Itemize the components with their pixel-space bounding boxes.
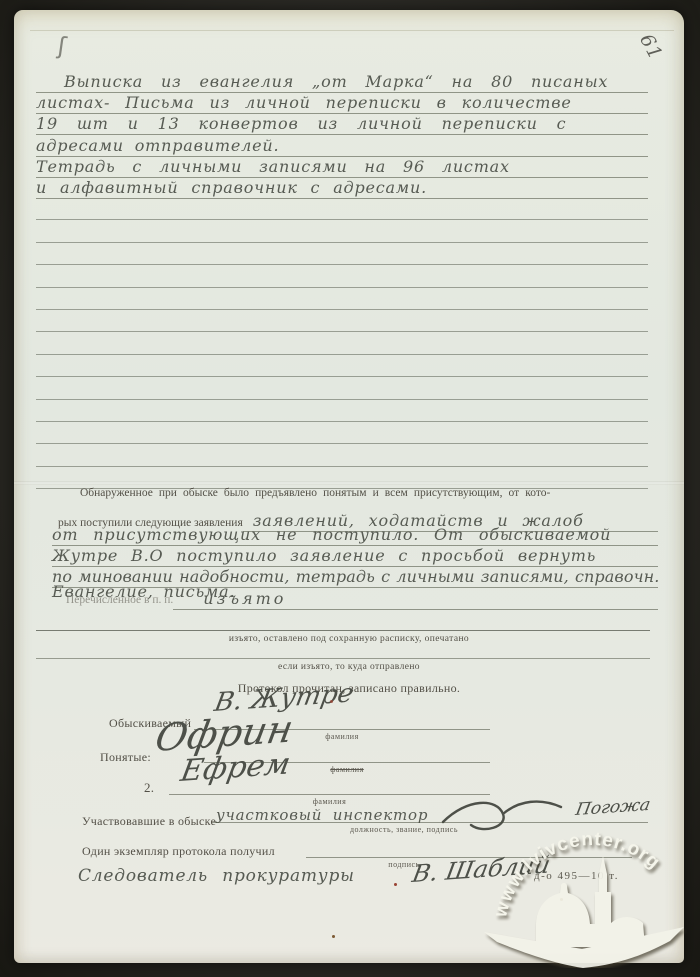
search-protocol-page: ʃ 61 Выписка из евангелия „от Марка“ на …: [14, 10, 684, 963]
ruled-line: [36, 467, 648, 489]
handwriting-text: и алфавитный справочник с адресами.: [36, 178, 427, 197]
ruled-line: [36, 422, 648, 444]
statement-printed-line1: Обнаруженное при обыске было предъявлено…: [58, 487, 658, 499]
handwriting-text: адресами отправителей.: [36, 136, 279, 155]
copy-received-label: Один экземпляр протокола получил: [82, 844, 275, 859]
page-number-pencil-mark: 61: [635, 30, 667, 63]
blank-ruled-lines: [36, 198, 648, 478]
paper-crease-top: [30, 30, 674, 31]
ruled-line: [36, 310, 648, 332]
watermark-dome-tower-icon: [536, 856, 645, 947]
handwriting-text: Выписка из евангелия „от Марка“ на 80 пи…: [64, 72, 608, 91]
handwriting-text: 19 шт и 13 конвертов из личной переписки…: [36, 114, 566, 133]
handwriting-text: листах- Письма из личной переписки в кол…: [36, 93, 572, 112]
statement-row: Евангелие, письма. Перечисленное в п. п.…: [52, 587, 658, 610]
handwriting-text: от присутствующих не поступило. От обыск…: [52, 525, 611, 544]
handwriting-row: адресами отправителей.: [36, 134, 648, 157]
ruled-line: [36, 265, 648, 287]
handwriting-text: Жутре В.О поступило заявление с просьбой…: [52, 546, 596, 565]
ruled-line: [36, 355, 648, 377]
handwriting-row: 19 шт и 13 конвертов из личной переписки…: [36, 112, 648, 135]
witness2-number: 2.: [144, 780, 154, 796]
pencil-tick-mark: ʃ: [56, 32, 68, 61]
ruled-line: [36, 220, 648, 242]
statement-row: Жутре В.О поступило заявление с просьбой…: [52, 544, 658, 567]
ruled-line: [36, 198, 648, 220]
statement-fill-line: изъято: [173, 589, 658, 610]
sent-rule-line: [36, 658, 650, 659]
handwriting-row: листах- Письма из личной переписки в кол…: [36, 91, 648, 114]
statement-row: от присутствующих не поступило. От обыск…: [52, 523, 658, 546]
witnesses-label: Понятые:: [100, 750, 151, 765]
witness2-signature: Ефрем: [178, 747, 293, 789]
ruled-line: [36, 243, 648, 265]
handwriting-row: и алфавитный справочник с адресами.: [36, 176, 648, 199]
ruled-line: [36, 444, 648, 466]
handwriting-text: Тетрадь с личными записями на 96 листах: [36, 157, 510, 176]
seized-rule-line: [36, 630, 650, 631]
ink-speck: [330, 700, 333, 703]
handwriting-row: Выписка из евангелия „от Марка“ на 80 пи…: [36, 70, 648, 93]
seized-caption: изъято, оставлено под сохранную расписку…: [14, 634, 684, 644]
age-speck: [332, 935, 335, 938]
archival-scan-background: ʃ 61 Выписка из евангелия „от Марка“ на …: [0, 0, 700, 977]
handwriting-text: Евангелие, письма.: [52, 582, 235, 601]
participants-signature-name: Погожа: [574, 795, 652, 820]
ruled-line: [36, 332, 648, 354]
sent-caption: если изъято, то куда отправлено: [14, 662, 684, 672]
paper-fold-crease: [14, 481, 684, 485]
participants-label: Участвовавшие в обыске: [82, 814, 216, 829]
investigator-handwritten-title: Следователь прокуратуры: [78, 866, 355, 886]
handwriting-row: Тетрадь с личными записями на 96 листах: [36, 155, 648, 178]
ruled-line: [36, 377, 648, 399]
ink-speck: [394, 883, 397, 886]
lvivcenter-watermark: www.lvivcenter.org: [482, 820, 687, 968]
ruled-line: [36, 400, 648, 422]
ruled-line: [36, 288, 648, 310]
